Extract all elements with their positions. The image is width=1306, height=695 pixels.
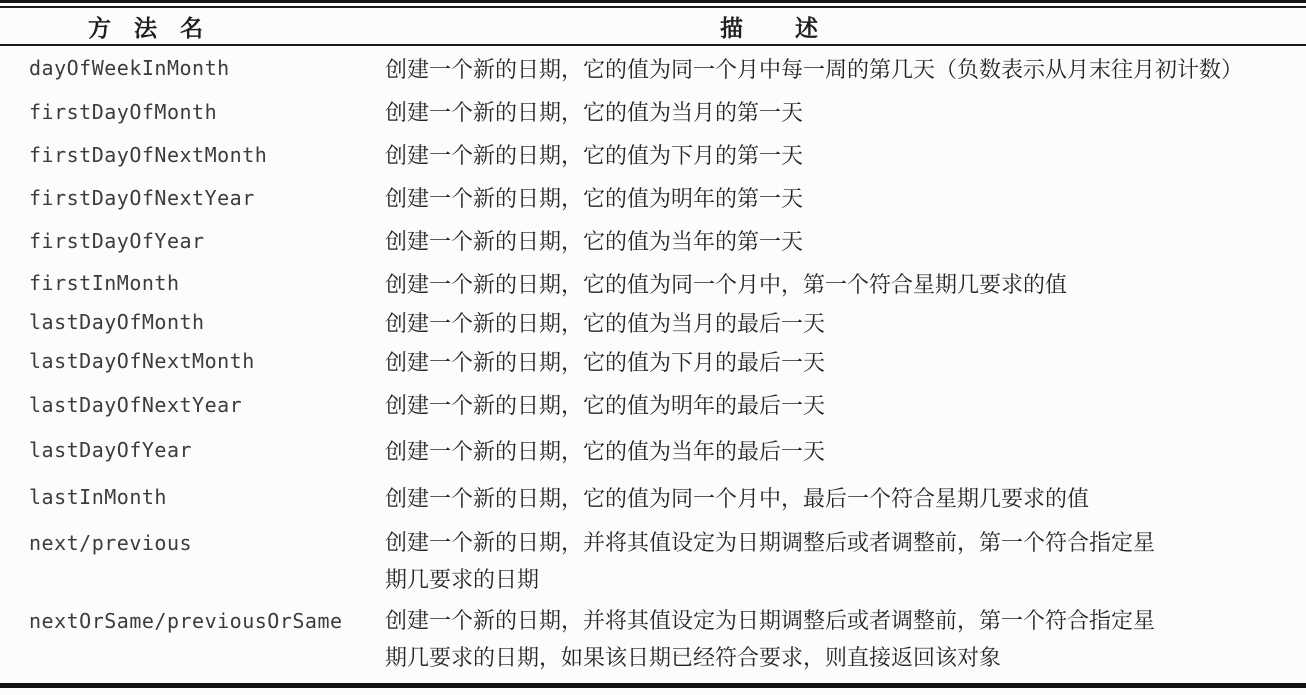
description-line: 创建一个新的日期，它的值为当年的第一天 — [385, 225, 1306, 256]
method-name-cell: lastDayOfMonth — [0, 310, 385, 334]
description-cell: 创建一个新的日期，它的值为明年的最后一天 — [385, 389, 1306, 420]
book-table-page: 方法名 描述 dayOfWeekInMonth 创建一个新的日期，它的值为同一个… — [0, 0, 1306, 695]
description-line: 创建一个新的日期，它的值为当年的最后一天 — [385, 435, 1306, 466]
method-name-cell: dayOfWeekInMonth — [0, 56, 385, 80]
description-line: 创建一个新的日期，它的值为同一个月中，最后一个符合星期几要求的值 — [385, 482, 1306, 513]
method-name-cell: lastDayOfYear — [0, 438, 385, 462]
description-line: 创建一个新的日期，它的值为同一个月中每一周的第几天（负数表示从月末往月初计数） — [385, 53, 1306, 84]
method-name-cell: next/previous — [0, 525, 385, 562]
description-line: 创建一个新的日期，它的值为下月的最后一天 — [385, 346, 1306, 377]
table-row: dayOfWeekInMonth 创建一个新的日期，它的值为同一个月中每一周的第… — [0, 46, 1306, 90]
description-cell: 创建一个新的日期，它的值为当年的最后一天 — [385, 435, 1306, 466]
description-cell: 创建一个新的日期，它的值为同一个月中，最后一个符合星期几要求的值 — [385, 482, 1306, 513]
table-row: lastDayOfYear 创建一个新的日期，它的值为当年的最后一天 — [0, 427, 1306, 473]
description-cell: 创建一个新的日期，它的值为同一个月中，第一个符合星期几要求的值 — [385, 268, 1306, 299]
description-line: 创建一个新的日期，它的值为明年的最后一天 — [385, 389, 1306, 420]
method-name-cell: firstDayOfNextMonth — [0, 143, 385, 167]
description-cell: 创建一个新的日期，它的值为同一个月中每一周的第几天（负数表示从月末往月初计数） — [385, 53, 1306, 84]
table-row: lastDayOfMonth 创建一个新的日期，它的值为当月的最后一天 — [0, 304, 1306, 340]
method-name-cell: firstDayOfYear — [0, 229, 385, 253]
method-name-cell: lastInMonth — [0, 485, 385, 509]
table-row: lastInMonth 创建一个新的日期，它的值为同一个月中，最后一个符合星期几… — [0, 473, 1306, 521]
table-row: lastDayOfNextMonth 创建一个新的日期，它的值为下月的最后一天 — [0, 340, 1306, 382]
method-name-cell: lastDayOfNextMonth — [0, 349, 385, 373]
description-cell: 创建一个新的日期，它的值为当月的第一天 — [385, 96, 1306, 127]
table-row: lastDayOfNextYear 创建一个新的日期，它的值为明年的最后一天 — [0, 382, 1306, 427]
description-line: 创建一个新的日期，它的值为当月的第一天 — [385, 96, 1306, 127]
table-row: firstDayOfNextYear 创建一个新的日期，它的值为明年的第一天 — [0, 176, 1306, 219]
method-name-cell: lastDayOfNextYear — [0, 393, 385, 417]
table-row: firstDayOfNextMonth 创建一个新的日期，它的值为下月的第一天 — [0, 133, 1306, 176]
description-cell: 创建一个新的日期，它的值为当年的第一天 — [385, 225, 1306, 256]
table-body: dayOfWeekInMonth 创建一个新的日期，它的值为同一个月中每一周的第… — [0, 46, 1306, 683]
table-row: next/previous 创建一个新的日期，并将其值设定为日期调整后或者调整前… — [0, 521, 1306, 599]
description-cell: 创建一个新的日期，它的值为明年的第一天 — [385, 182, 1306, 213]
description-cell: 创建一个新的日期，并将其值设定为日期调整后或者调整前，第一个符合指定星 期几要求… — [385, 525, 1306, 599]
description-line: 创建一个新的日期，并将其值设定为日期调整后或者调整前，第一个符合指定星 — [385, 603, 1306, 640]
table-bottom-rule — [0, 683, 1306, 688]
method-name-cell: firstDayOfMonth — [0, 100, 385, 124]
description-line: 期几要求的日期 — [385, 562, 1306, 599]
table-row: nextOrSame/previousOrSame 创建一个新的日期，并将其值设… — [0, 599, 1306, 683]
description-line: 创建一个新的日期，并将其值设定为日期调整后或者调整前，第一个符合指定星 — [385, 525, 1306, 562]
description-cell: 创建一个新的日期，它的值为当月的最后一天 — [385, 307, 1306, 338]
column-header-method-name: 方法名 — [0, 10, 385, 43]
table-header-row: 方法名 描述 — [0, 8, 1306, 44]
description-line: 创建一个新的日期，它的值为下月的第一天 — [385, 139, 1306, 170]
method-name-cell: firstDayOfNextYear — [0, 186, 385, 210]
description-line: 创建一个新的日期，它的值为明年的第一天 — [385, 182, 1306, 213]
description-cell: 创建一个新的日期，它的值为下月的第一天 — [385, 139, 1306, 170]
description-cell: 创建一个新的日期，并将其值设定为日期调整后或者调整前，第一个符合指定星 期几要求… — [385, 603, 1306, 677]
table-row: firstDayOfYear 创建一个新的日期，它的值为当年的第一天 — [0, 219, 1306, 262]
method-name-cell: firstInMonth — [0, 271, 385, 295]
table-row: firstInMonth 创建一个新的日期，它的值为同一个月中，第一个符合星期几… — [0, 262, 1306, 304]
description-cell: 创建一个新的日期，它的值为下月的最后一天 — [385, 346, 1306, 377]
method-name-cell: nextOrSame/previousOrSame — [0, 603, 385, 640]
table-row: firstDayOfMonth 创建一个新的日期，它的值为当月的第一天 — [0, 90, 1306, 133]
description-line: 创建一个新的日期，它的值为当月的最后一天 — [385, 307, 1306, 338]
description-line: 创建一个新的日期，它的值为同一个月中，第一个符合星期几要求的值 — [385, 268, 1306, 299]
column-header-description: 描述 — [385, 10, 1306, 43]
description-line: 期几要求的日期，如果该日期已经符合要求，则直接返回该对象 — [385, 640, 1306, 677]
